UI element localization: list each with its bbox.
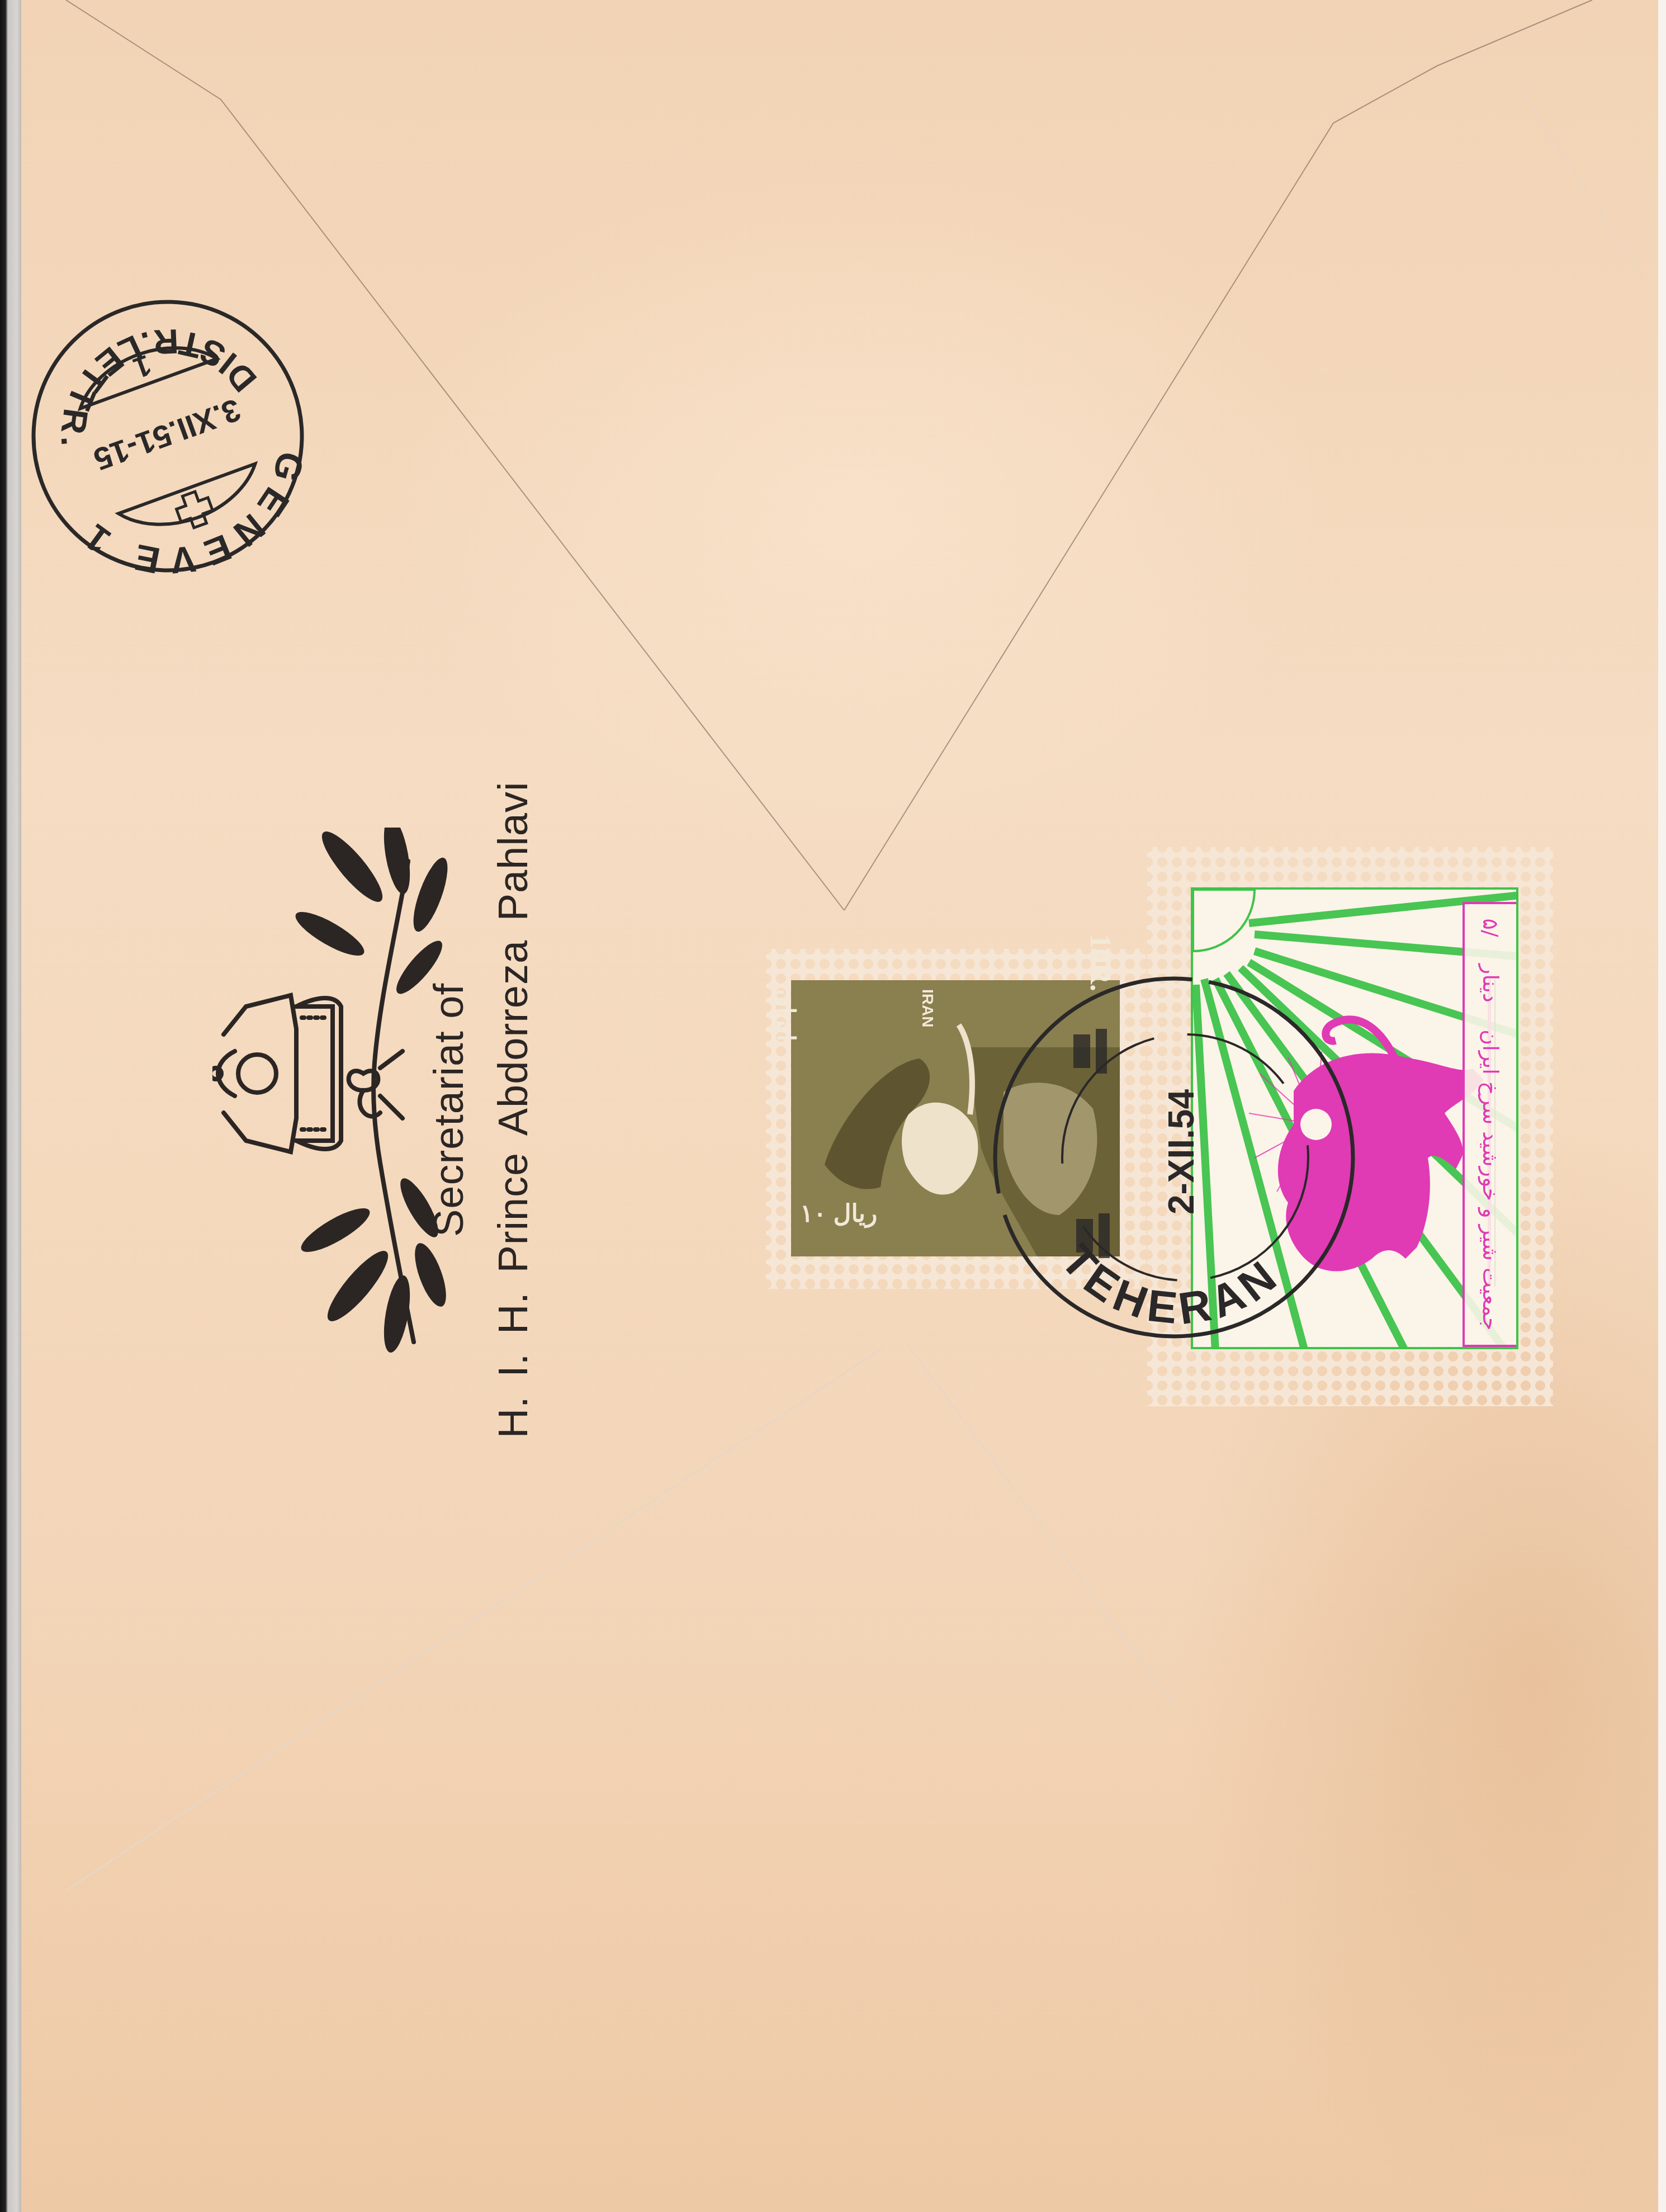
bottom-flap-right-crease — [906, 1342, 1174, 1705]
stamp-farsi-value: ريال ۱۰ — [800, 1199, 877, 1228]
geneva-postmark: GENEVE 1 DISTR.LETTR. 3.XII.51-15 1 — [22, 291, 313, 582]
sender-line-2: H. I. H. Prince Abdorreza Pahlavi — [489, 691, 537, 1529]
right-flap-line — [844, 0, 1592, 910]
crown-wheat-wreath-icon — [212, 828, 458, 1359]
stamp-denomination: دینار — [1478, 964, 1503, 1003]
stamp-inscription-tablet: ۵/ جمعیت شیر و خورشید سرخ ایران دینار — [1463, 902, 1518, 1347]
geneva-date: 3.XII.51-15 — [89, 392, 245, 478]
bottom-flap-left-crease — [67, 1348, 883, 1890]
stamp-inscription: جمعیت شیر و خورشید سرخ ایران — [1478, 1029, 1503, 1330]
sender-line-1: Secretariat of — [425, 691, 472, 1529]
tehran-postmark: TEHERAN 2-XII.54 — [984, 967, 1364, 1348]
right-crease — [1521, 89, 1644, 280]
swiss-cross-icon — [173, 488, 216, 531]
stamp-value-farsi: ۵/ — [1478, 918, 1503, 937]
stamp-farsi-country: ايران — [772, 989, 800, 1041]
stamp-country: IRAN — [915, 989, 940, 1012]
tehran-date: 2-XII.54 — [1161, 1089, 1201, 1215]
